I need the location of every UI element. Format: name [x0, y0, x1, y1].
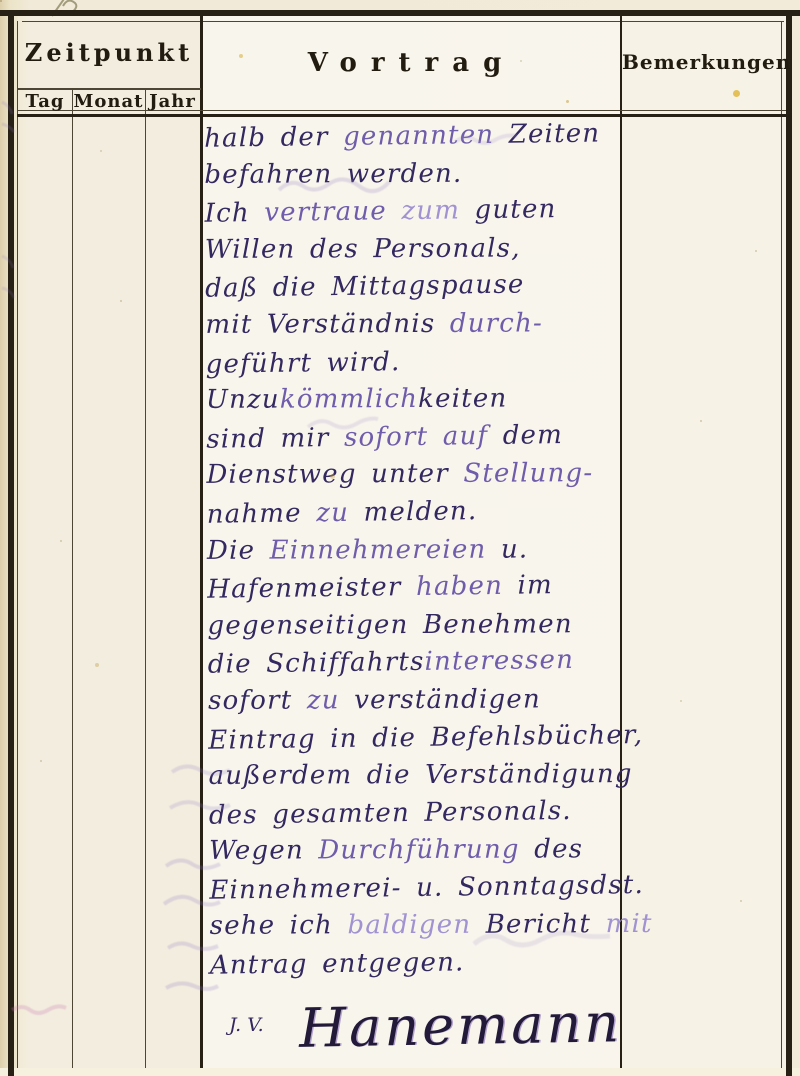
- table-border-left: [8, 10, 14, 1076]
- handwriting-segment: Antrag entgegen.: [210, 947, 465, 980]
- handwriting-segment: Eintrag in die Befehlsbücher,: [208, 720, 643, 756]
- ink-bleed-mark: [0, 248, 16, 308]
- handwriting-line: geführt wird.: [205, 341, 619, 384]
- paper-stain: [566, 100, 569, 103]
- handwriting-segment: Einnehmerei- u. Sonntagsdst.: [209, 870, 644, 906]
- divider-monat-jahr: [145, 90, 146, 1068]
- handwriting-line: gegenseitigen Benehmen: [207, 606, 621, 645]
- handwriting-segment: Einnehmereien: [270, 534, 501, 565]
- handwriting-segment: zu: [316, 498, 364, 529]
- handwriting-segment: Willen des Personals,: [205, 233, 521, 264]
- handwriting-line: Willen des Personals,: [205, 230, 619, 269]
- column-header-zeitpunkt: Zeitpunkt: [18, 38, 200, 67]
- handwriting-segment: außerdem die Verständigung: [209, 759, 633, 791]
- handwriting-segment: zum: [401, 195, 475, 226]
- ink-bleed-mark: [10, 1002, 70, 1018]
- signature-hanemann: Hanemann: [298, 991, 622, 1060]
- handwriting-segment: mit Verständnis: [205, 309, 450, 340]
- paper-speckles: [0, 0, 2, 2]
- handwriting-segment: Ich: [204, 198, 264, 229]
- handwriting-line: Eintrag in die Befehlsbücher,: [208, 717, 622, 760]
- handwriting-segment: Unzu: [206, 385, 280, 415]
- table-border-right-inner: [781, 21, 782, 1068]
- ink-bleed-mark: [452, 128, 522, 150]
- handwriting-line: nahme zu melden.: [207, 491, 621, 534]
- handwriting-line: Die Einnehmereien u.: [207, 531, 621, 570]
- handwriting-segment: u.: [501, 534, 529, 564]
- handwriting-line: halb der genannten Zeiten: [204, 115, 618, 158]
- ink-bleed-mark: [162, 852, 226, 1002]
- handwriting-segment: haben: [416, 571, 518, 602]
- scanned-register-page: Zeitpunkt Tag Monat Jahr Vortrag Bemerku…: [0, 0, 800, 1076]
- handwriting-line: sofort zu verständigen: [208, 681, 622, 720]
- scan-bottom-edge: [0, 1068, 800, 1076]
- handwriting-segment: sofort: [208, 685, 307, 715]
- zeitpunkt-subheader-rule: [17, 88, 201, 90]
- handwriting-segment: sehe ich: [210, 911, 348, 942]
- handwriting-segment: halb der: [204, 122, 343, 154]
- handwriting-segment: Zeiten: [509, 119, 601, 150]
- table-border-right: [786, 10, 792, 1076]
- header-double-rule-lower: [17, 114, 786, 117]
- handwriting-segment: verständigen: [354, 684, 541, 715]
- ink-bleed-mark: [305, 412, 383, 436]
- handwriting-segment: keiten: [418, 384, 507, 414]
- handwriting-line: daß die Mittagspause: [205, 266, 619, 309]
- handwriting-segment: Die: [207, 535, 270, 565]
- column-header-monat: Monat: [72, 91, 145, 112]
- handwriting-segment: gegenseitigen Benehmen: [207, 609, 572, 641]
- ink-bleed-mark: [470, 920, 620, 960]
- signer-initials: J. V.: [229, 1014, 264, 1036]
- handwriting-segment: Dienstweg unter: [206, 459, 463, 490]
- handwriting-line: die Schiffahrtsinteressen: [208, 642, 622, 685]
- column-header-jahr: Jahr: [145, 91, 200, 112]
- handwriting-line: Ich vertraue zum guten: [204, 190, 618, 233]
- handwriting-segment: des gesamten Personals.: [209, 796, 572, 831]
- ink-bleed-mark: [0, 96, 16, 136]
- divider-tag-monat: [72, 90, 73, 1068]
- paper-stain: [733, 90, 740, 97]
- ink-bleed-mark: [275, 172, 405, 200]
- paper-stain: [330, 474, 335, 479]
- handwriting-segment: geführt wird.: [205, 347, 400, 380]
- handwriting-segment: interessen: [424, 645, 574, 677]
- handwriting-line: Einnehmerei- u. Sonntagsdst.: [209, 867, 623, 910]
- handwriting-line: befahren werden.: [204, 155, 618, 194]
- column-header-bemerkungen: Bemerkungen: [622, 50, 786, 74]
- ink-bleed-mark: [168, 758, 238, 828]
- handwriting-line: Wegen Durchführung des: [209, 831, 623, 870]
- vortrag-entry: halb der genannten Zeitenbefahren werden…: [204, 117, 624, 985]
- handwriting-line: außerdem die Verständigung: [208, 756, 622, 795]
- column-header-vortrag: Vortrag: [203, 48, 620, 78]
- handwriting-segment: zu: [307, 685, 354, 715]
- handwriting-segment: guten: [474, 194, 556, 225]
- paper-stain: [239, 54, 243, 58]
- handwriting-line: mit Verständnis durch-: [205, 305, 619, 344]
- handwriting-segment: im: [517, 570, 553, 600]
- handwriting-line: Dienstweg unter Stellung-: [206, 455, 620, 494]
- handwriting-line: Hafenmeister haben im: [207, 566, 621, 609]
- handwriting-segment: vertraue: [264, 196, 401, 228]
- table-border-top: [0, 10, 800, 16]
- handwriting-segment: baldigen: [347, 910, 485, 941]
- handwriting-segment: des: [534, 835, 583, 865]
- handwriting-segment: kömmlich: [280, 384, 418, 415]
- handwriting-segment: nahme: [207, 498, 317, 529]
- handwriting-segment: Durchführung: [318, 835, 534, 866]
- table-border-top-inner: [22, 21, 784, 22]
- table-border-left-inner: [17, 21, 18, 1068]
- handwriting-segment: Stellung-: [463, 459, 593, 490]
- column-header-tag: Tag: [18, 91, 72, 112]
- handwriting-segment: die Schiffahrts: [208, 647, 425, 680]
- handwriting-line: sind mir sofort auf dem: [206, 416, 620, 459]
- handwriting-segment: dem: [503, 420, 564, 451]
- paper-stain: [95, 663, 99, 667]
- handwriting-segment: melden.: [363, 496, 477, 527]
- handwriting-line: Unzukömmlichkeiten: [206, 380, 620, 419]
- handwriting-line: des gesamten Personals.: [209, 792, 623, 835]
- handwriting-segment: Hafenmeister: [207, 572, 416, 605]
- handwriting-segment: durch-: [450, 308, 543, 338]
- handwriting-segment: daß die Mittagspause: [205, 270, 525, 304]
